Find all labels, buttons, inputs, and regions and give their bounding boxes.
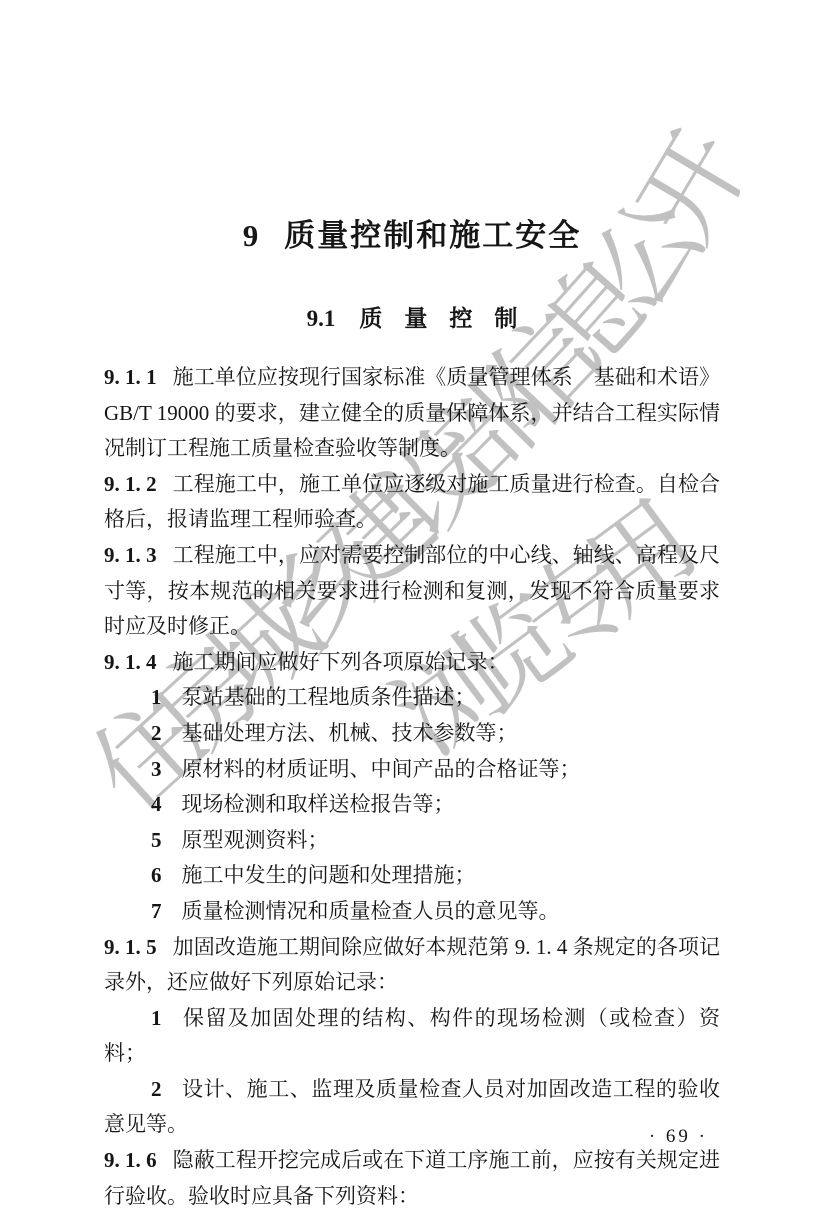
item-number: 4 — [151, 792, 162, 816]
list-item: 6施工中发生的问题和处理措施； — [104, 858, 720, 894]
clause-text: 工程施工中，应对需要控制部位的中心线、轴线、高程及尺寸等，按本规范的相关要求进行… — [104, 543, 720, 638]
item-number: 6 — [151, 863, 162, 887]
item-text: 质量检测情况和质量检查人员的意见等。 — [182, 899, 560, 923]
chapter-number: 9 — [243, 218, 259, 253]
document-page: { "document": { "chapter": { "number": "… — [0, 0, 824, 1216]
clause-9-1-1: 9. 1. 1施工单位应按现行国家标准《质量管理体系 基础和术语》GB/T 19… — [104, 360, 720, 467]
section-title: 质量控制 — [359, 306, 539, 331]
chapter-title: 质量控制和施工安全 — [284, 218, 581, 253]
clause-number: 9. 1. 4 — [104, 650, 157, 674]
clause-number: 9. 1. 3 — [104, 543, 157, 567]
clause-9-1-3: 9. 1. 3工程施工中，应对需要控制部位的中心线、轴线、高程及尺寸等，按本规范… — [104, 538, 720, 645]
clause-number: 9. 1. 5 — [104, 935, 157, 959]
clause-9-1-2: 9. 1. 2工程施工中，施工单位应逐级对施工质量进行检查。自检合格后，报请监理… — [104, 467, 720, 538]
clause-9-1-5: 9. 1. 5加固改造施工期间除应做好本规范第 9. 1. 4 条规定的各项记录… — [104, 930, 720, 1001]
list-item: 4现场检测和取样送检报告等； — [104, 787, 720, 823]
item-text: 现场检测和取样送检报告等； — [182, 792, 455, 816]
item-text: 原材料的材质证明、中间产品的合格证等； — [182, 757, 581, 781]
clause-text: 工程施工中，施工单位应逐级对施工质量进行检查。自检合格后，报请监理工程师验查。 — [104, 472, 720, 532]
clause-number: 9. 1. 2 — [104, 472, 157, 496]
list-item: 1泵站基础的工程地质条件描述； — [104, 680, 720, 716]
page-content: 9质量控制和施工安全 9.1质量控制 9. 1. 1施工单位应按现行国家标准《质… — [0, 0, 824, 1216]
list-item: 7质量检测情况和质量检查人员的意见等。 — [104, 894, 720, 930]
clause-number: 9. 1. 1 — [104, 365, 157, 389]
item-text: 保留及加固处理的结构、构件的现场检测（或检查）资料； — [104, 1006, 720, 1066]
list-item: 3原材料的材质证明、中间产品的合格证等； — [104, 752, 720, 788]
item-number: 5 — [151, 828, 162, 852]
item-text: 基础处理方法、机械、技术参数等； — [182, 721, 518, 745]
item-text: 原型观测资料； — [182, 828, 329, 852]
list-item: 2基础处理方法、机械、技术参数等； — [104, 716, 720, 752]
clause-text: 加固改造施工期间除应做好本规范第 9. 1. 4 条规定的各项记录外，还应做好下… — [104, 935, 720, 995]
item-number: 1 — [151, 685, 162, 709]
page-footer: · 69 · — [0, 1126, 708, 1148]
list-item: 1保留及加固处理的结构、构件的现场检测（或检查）资料； — [104, 1001, 720, 1072]
clause-9-1-6: 9. 1. 6隐蔽工程开挖完成后或在下道工序施工前，应按有关规定进行验收。验收时… — [104, 1143, 720, 1214]
item-number: 2 — [151, 1077, 162, 1101]
item-number: 1 — [151, 1006, 162, 1030]
clause-text: 隐蔽工程开挖完成后或在下道工序施工前，应按有关规定进行验收。验收时应具备下列资料… — [104, 1148, 720, 1208]
item-number: 3 — [151, 757, 162, 781]
section-number: 9.1 — [307, 306, 336, 331]
item-text: 施工中发生的问题和处理措施； — [182, 863, 476, 887]
section-heading: 9.1质量控制 — [0, 304, 824, 334]
clause-text: 施工单位应按现行国家标准《质量管理体系 基础和术语》GB/T 19000 的要求… — [104, 365, 720, 460]
chapter-heading: 9质量控制和施工安全 — [0, 216, 824, 256]
page-number: · 69 · — [649, 1126, 708, 1147]
list-item: 5原型观测资料； — [104, 823, 720, 859]
clause-9-1-4: 9. 1. 4施工期间应做好下列各项原始记录： — [104, 645, 720, 681]
body-text: 9. 1. 1施工单位应按现行国家标准《质量管理体系 基础和术语》GB/T 19… — [104, 360, 720, 1214]
item-number: 7 — [151, 899, 162, 923]
item-number: 2 — [151, 721, 162, 745]
clause-text: 施工期间应做好下列各项原始记录： — [173, 650, 509, 674]
item-text: 泵站基础的工程地质条件描述； — [182, 685, 476, 709]
clause-number: 9. 1. 6 — [104, 1148, 157, 1172]
